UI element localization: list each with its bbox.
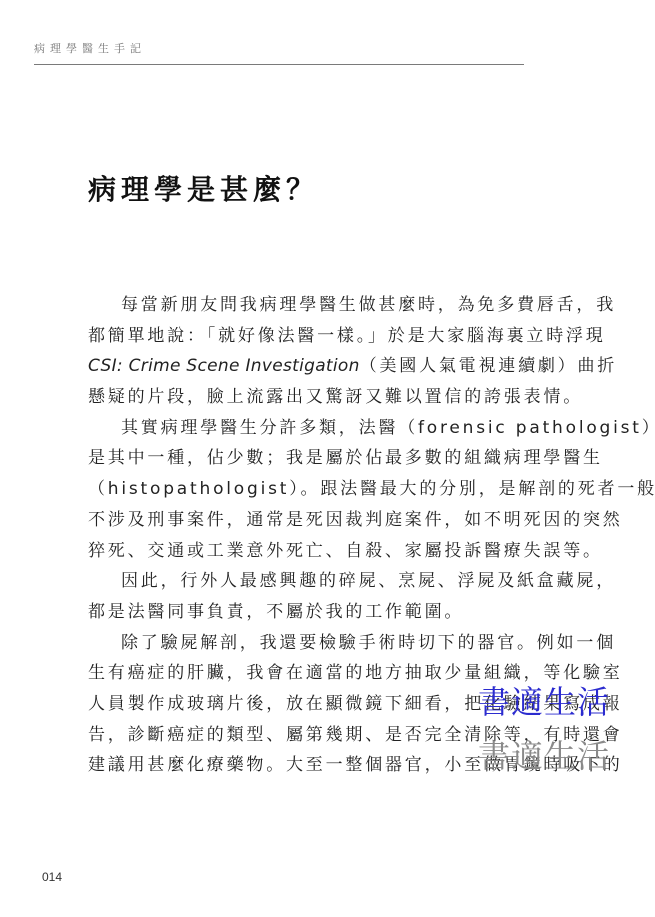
- header-rule: [34, 64, 524, 65]
- text-line: 都是法醫同事負責，不屬於我的工作範圍。: [88, 597, 528, 628]
- running-head: 病理學醫生手記: [34, 42, 146, 56]
- text-line: 因此，行外人最感興趣的碎屍、烹屍、浮屍及紙盒藏屍，: [88, 566, 528, 597]
- watermark-gray: 書適生活: [478, 738, 610, 774]
- page-number: 014: [42, 870, 62, 884]
- book-page: 病理學醫生手記 病理學是甚麼？ 每當新朋友問我病理學醫生做甚麼時，為免多費唇舌，…: [0, 0, 655, 917]
- text-line: 猝死、交通或工業意外死亡、自殺、家屬投訴醫療失誤等。: [88, 536, 528, 567]
- text-line: 是其中一種，佔少數；我是屬於佔最多數的組織病理學醫生: [88, 443, 528, 474]
- text-line: 告，診斷癌症的類型、屬第幾期、是否完全清除等，有時還會: [88, 720, 528, 751]
- text-line: 不涉及刑事案件，通常是死因裁判庭案件，如不明死因的突然: [88, 505, 528, 536]
- text-line: （histopathologist）。跟法醫最大的分別，是解剖的死者一般: [88, 474, 528, 505]
- text-line: 生有癌症的肝臟，我會在適當的地方抽取少量組織，等化驗室: [88, 658, 528, 689]
- text-line: 都簡單地說：「就好像法醫一樣。」於是大家腦海裏立時浮現: [88, 321, 528, 352]
- text-line: 人員製作成玻璃片後，放在顯微鏡下細看，把化驗結果寫成報: [88, 689, 528, 720]
- body-text: 每當新朋友問我病理學醫生做甚麼時，為免多費唇舌，我 都簡單地說：「就好像法醫一樣…: [88, 290, 528, 781]
- chapter-title: 病理學是甚麼？: [88, 172, 319, 208]
- text-line: CSI: Crime Scene Investigation（美國人氣電視連續劇…: [88, 351, 528, 382]
- watermark-blue: 書適生活: [478, 684, 610, 720]
- text-span: （美國人氣電視連續劇）曲折: [360, 356, 617, 376]
- text-line: 其實病理學醫生分許多類，法醫（forensic pathologist）: [88, 413, 528, 444]
- text-line: 建議用甚麼化療藥物。大至一整個器官，小至做胃鏡時吸下的: [88, 750, 528, 781]
- text-line: 懸疑的片段，臉上流露出又驚訝又難以置信的誇張表情。: [88, 382, 528, 413]
- text-line: 每當新朋友問我病理學醫生做甚麼時，為免多費唇舌，我: [88, 290, 528, 321]
- text-line: 除了驗屍解剖，我還要檢驗手術時切下的器官。例如一個: [88, 628, 528, 659]
- tv-show-title: CSI: Crime Scene Investigation: [88, 356, 360, 376]
